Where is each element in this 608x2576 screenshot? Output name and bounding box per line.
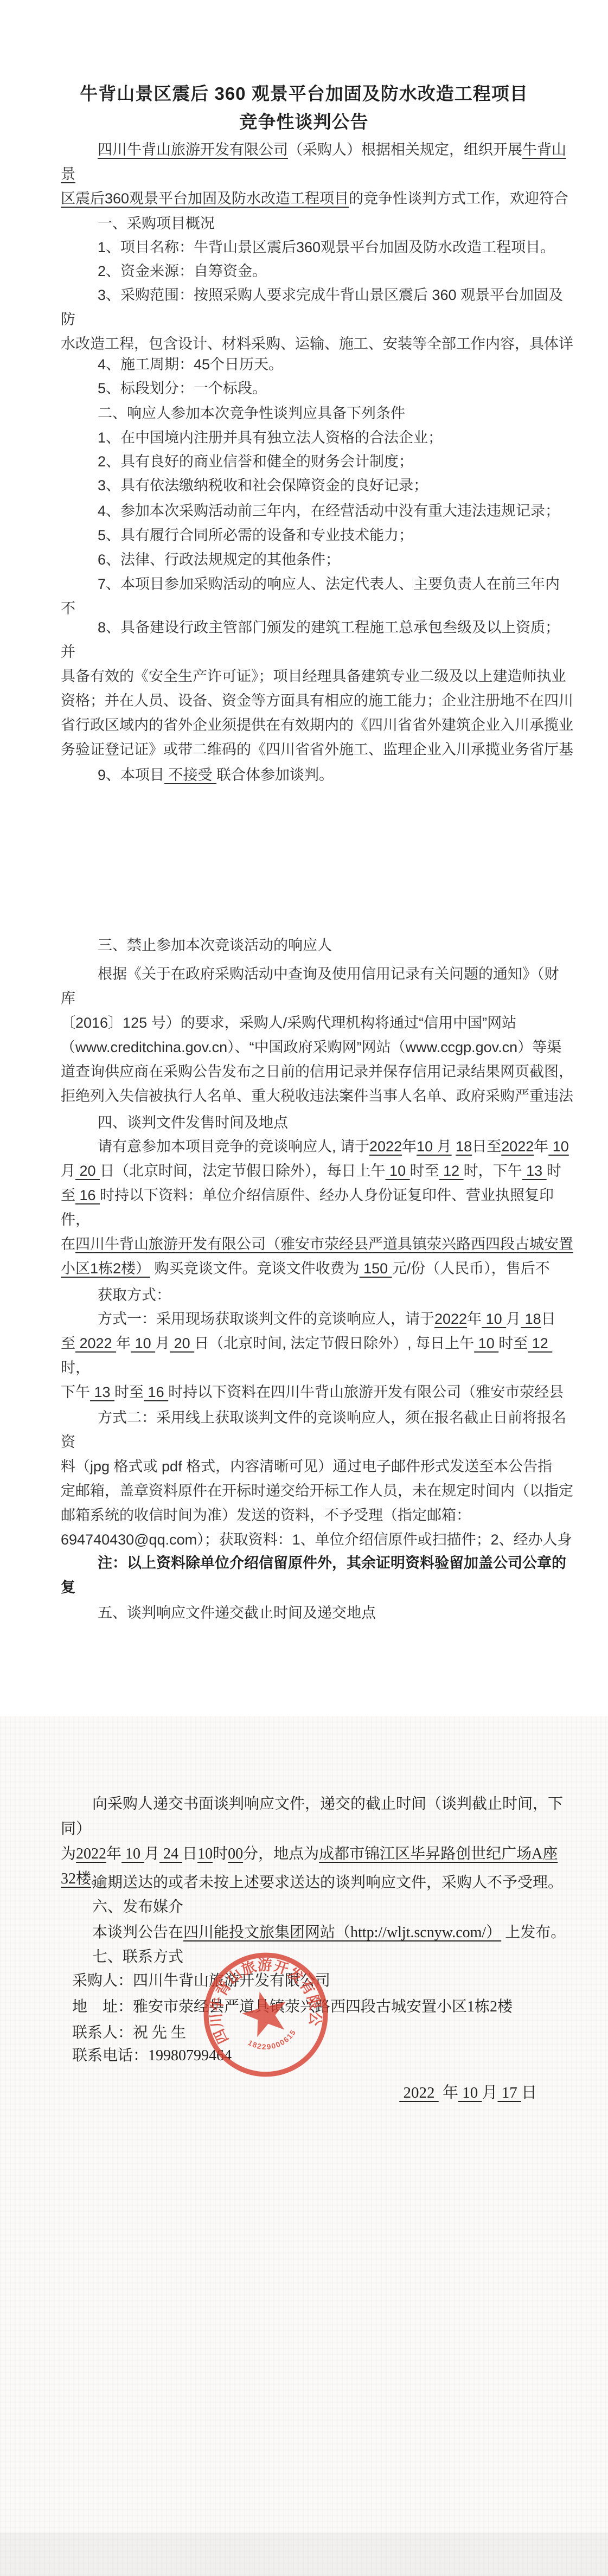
section1-item-2: 2、资金来源：自筹资金。 [61, 259, 573, 284]
buyer-line: 采购人：四川牛背山旅游开发有限公司 [72, 1969, 585, 1994]
scan-bottom-shadow [0, 2533, 608, 2576]
section5-heading: 五、谈判响应文件递交截止时间及递交地点 [61, 1601, 573, 1625]
section1-item-5: 5、标段划分：一个标段。 [61, 376, 573, 401]
section4-note: 注：以上资料除单位介绍信留原件外，其余证明资料验留加盖公司公章的复 印件。 [61, 1551, 573, 1601]
section4-heading: 四、谈判文件发售时间及地点 [61, 1111, 573, 1135]
seal-star-icon [238, 1986, 292, 2039]
section1-item-3: 3、采购范围：按照采购人要求完成牛背山景区震后 360 观景平台加固及防 水改造… [61, 283, 573, 356]
section4-paragraph-sale: 请有意参加本项目竞争的竞谈响应人, 请于2022年10 月 18日至2022年 … [61, 1135, 573, 1282]
section2-item-9: 9、本项目 不接受 联合体参加谈判。 [61, 763, 573, 787]
section4-method-2: 方式二：采用线上获取谈判文件的竞谈响应人，须在报名截止日前将报名资 料（jpg … [61, 1406, 573, 1553]
intro-paragraph: 四川牛背山旅游开发有限公司（采购人）根据相关规定，组织开展牛背山景 区震后360… [61, 138, 573, 211]
section3-heading: 三、禁止参加本次竞谈活动的响应人 [61, 933, 573, 958]
section6-heading: 六、发布媒介 [61, 1895, 573, 1920]
section1-item-4: 4、施工周期：45个日历天。 [61, 353, 573, 377]
section1-item-1: 1、项目名称：牛背山景区震后360观景平台加固及防水改造工程项目。 [61, 235, 573, 260]
section5-paragraph-submit: 向采购人递交书面谈判响应文件，递交的截止时间（谈判截止时间，下同） 为2022年… [61, 1792, 573, 1868]
document-title-line2: 竞争性谈判公告 [0, 110, 608, 134]
section2-item-8: 8、具备建设行政主管部门颁发的建筑工程施工总承包叁级及以上资质；并 具备有效的《… [61, 616, 573, 763]
section5-paragraph-late: 逾期送达的或者未按上述要求送达的谈判响应文件，采购人不予受理。 [61, 1870, 573, 1895]
section2-item-7: 7、本项目参加采购活动的响应人、法定代表人、主要负责人在前三年内不 得具有行贿犯… [61, 572, 573, 621]
section2-item-1: 1、在中国境内注册并具有独立法人资格的合法企业； [61, 426, 573, 450]
section1-heading: 一、采购项目概况 [61, 212, 573, 236]
section2-item-2: 2、具有良好的商业信誉和健全的财务会计制度； [61, 450, 573, 474]
scanned-page: 向采购人递交书面谈判响应文件，递交的截止时间（谈判截止时间，下同） 为2022年… [0, 1716, 608, 2576]
section2-item-3: 3、具有依法缴纳税收和社会保障资金的良好记录； [61, 473, 573, 498]
signature-date: 2022 年 10 月 17 日 [399, 2080, 537, 2105]
section4-method-1: 方式一：采用现场获取谈判文件的竞谈响应人，请于2022年 10 月 18日 至 … [61, 1307, 573, 1406]
section2-item-6: 6、法律、行政法规规定的其他条件； [61, 548, 573, 572]
section2-item-5: 5、具有履行合同所必需的设备和专业技术能力； [61, 523, 573, 548]
section3-paragraph: 根据《关于在政府采购活动中查询及使用信用记录有关问题的通知》（财库 〔2016〕… [61, 962, 573, 1110]
section6-paragraph: 本谈判公告在四川能投文旅集团网站（http://wljt.scnyw.com/）… [61, 1920, 573, 1945]
document-canvas: 牛背山景区震后 360 观景平台加固及防水改造工程项目 竞争性谈判公告 四川牛背… [0, 0, 608, 2576]
section4-obtain-label: 获取方式： [61, 1283, 573, 1308]
seal-number-text: 18229000615 [245, 2026, 300, 2056]
section2-item-4: 4、参加本次采购活动前三年内，在经营活动中没有重大违法违规记录； [61, 499, 573, 523]
document-title-line1: 牛背山景区震后 360 观景平台加固及防水改造工程项目 [0, 81, 608, 106]
section2-heading: 二、响应人参加本次竞争性谈判应具备下列条件 [61, 401, 573, 426]
